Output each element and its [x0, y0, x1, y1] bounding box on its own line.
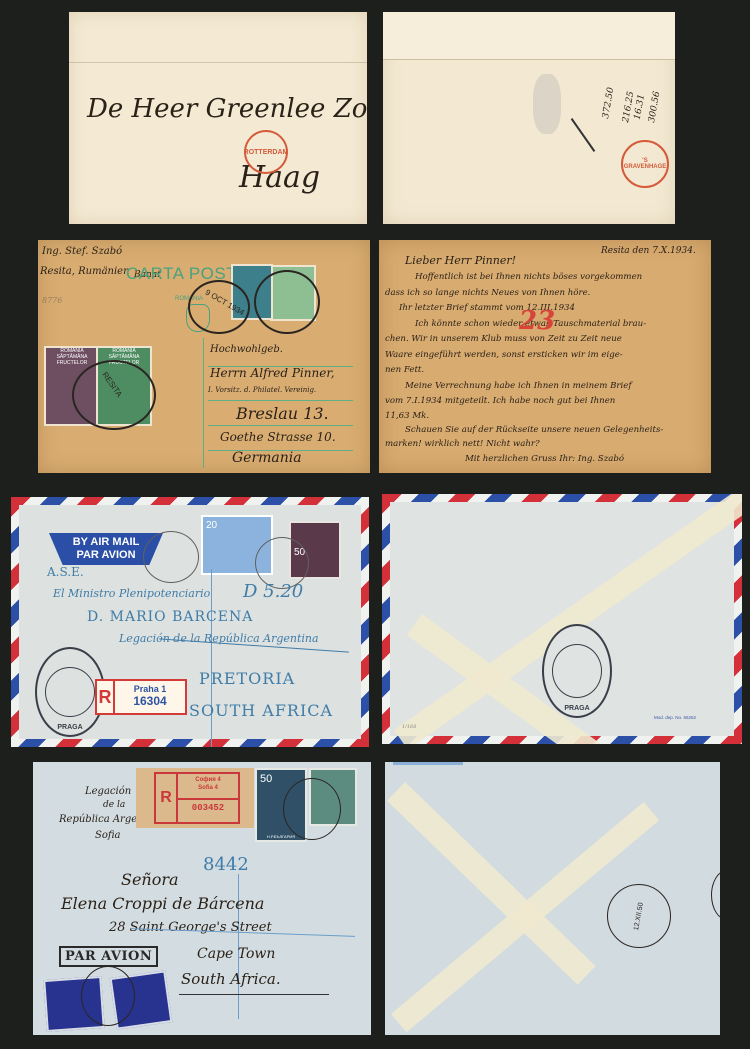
red-mark: 23 — [519, 306, 555, 336]
letterhead-line: Legación — [85, 786, 131, 797]
sender-line-2: Resita, Rumänien — [40, 266, 130, 277]
address-line: I. Vorsitz. d. Philatel. Vereinig. — [208, 386, 316, 394]
cancel-ring — [81, 966, 135, 1026]
address-line: SOUTH AFRICA — [189, 701, 333, 720]
address-line: Cape Town — [197, 946, 275, 962]
airmail-envelope-back: PRAGA Mod. dep. No. 65262 1/168 — [382, 494, 742, 744]
letter-body: Hoffentlich ist bei Ihnen nichts böses v… — [385, 270, 707, 467]
address-line: Elena Croppi de Bárcena — [61, 894, 264, 913]
address-line: Goethe Strasse 10. — [220, 430, 336, 444]
address-line: South Africa. — [181, 970, 281, 988]
red-postmark: ROTTERDAM — [244, 130, 288, 174]
par-avion-handstamp: PAR AVION — [59, 946, 158, 967]
address-line: Hochwohlgeb. — [210, 344, 283, 355]
letter-flap — [383, 12, 675, 60]
address-line: El Ministro Plenipotenciario — [53, 587, 210, 600]
legation-seal: PRAGA — [542, 624, 612, 718]
address-line: PRETORIA — [199, 669, 295, 688]
salutation: Lieber Herr Pinner! — [405, 254, 516, 267]
postcard-front: Ing. Stef. Szabó Resita, Rumänien Banat … — [38, 240, 370, 473]
address-line: Breslau 13. — [236, 404, 329, 423]
cancel-ring — [254, 270, 320, 334]
pencil-note: 8776 — [42, 296, 62, 305]
red-postmark: 'S GRAVENHAGE — [621, 140, 669, 188]
sender-line-1: Ing. Stef. Szabó — [42, 246, 122, 257]
seal-inner-ring — [552, 644, 602, 698]
rate-note: D 5.20 — [243, 581, 303, 602]
address-line: Germania — [232, 450, 302, 466]
printer-note: Mod. dep. No. 65262 — [654, 715, 696, 720]
bulgaria-envelope-front: Legación de la República Argentina Sofia… — [33, 762, 371, 1035]
pencil-note: 1/168 — [402, 724, 416, 730]
note-1: 372.50 — [601, 87, 616, 120]
blue-crayon-line — [211, 569, 212, 747]
letter-back: 372.50 216.25 16.31 300.56 'S GRAVENHAGE — [383, 12, 675, 224]
fold-line — [69, 62, 367, 63]
cancel-ring — [283, 778, 341, 840]
letterhead-line: Sofia — [95, 830, 121, 841]
divider-line — [203, 338, 204, 468]
address-line: A.S.E. — [47, 565, 84, 579]
bulgaria-envelope-back: 12.XII.50 — [385, 762, 720, 1035]
pen-stroke — [571, 118, 596, 152]
letterhead-line: de la — [103, 800, 125, 810]
cancel-ring — [143, 531, 199, 583]
airmail-envelope-front: BY AIR MAIL PAR AVION 20 50 A.S.E. El Mi… — [11, 497, 369, 747]
number-note: 8442 — [203, 854, 249, 875]
address-line: Herrn Alfred Pinner, — [210, 366, 335, 380]
registration-label: R Praha 1 16304 — [95, 679, 187, 715]
letter-front: De Heer Greenlee Zone Haag ROTTERDAM — [69, 12, 367, 224]
registration-label: R София 4 Sofia 4 003452 — [136, 768, 254, 828]
partial-postmark — [711, 870, 720, 920]
underline — [179, 994, 329, 995]
sofia-postmark: 12.XII.50 — [607, 884, 671, 948]
date-line: Resita den 7.X.1934. — [601, 246, 696, 256]
address-line: Señora — [121, 870, 179, 889]
address-line-1: De Heer Greenlee Zone — [87, 94, 367, 124]
postcard-back: Resita den 7.X.1934. Lieber Herr Pinner!… — [379, 240, 711, 473]
blue-edge — [393, 762, 463, 765]
note-4: 300.56 — [647, 91, 662, 124]
wax-seal-trace — [533, 74, 561, 134]
address-line: D. MARIO BARCENA — [87, 609, 253, 625]
seal-inner-ring — [45, 667, 95, 717]
